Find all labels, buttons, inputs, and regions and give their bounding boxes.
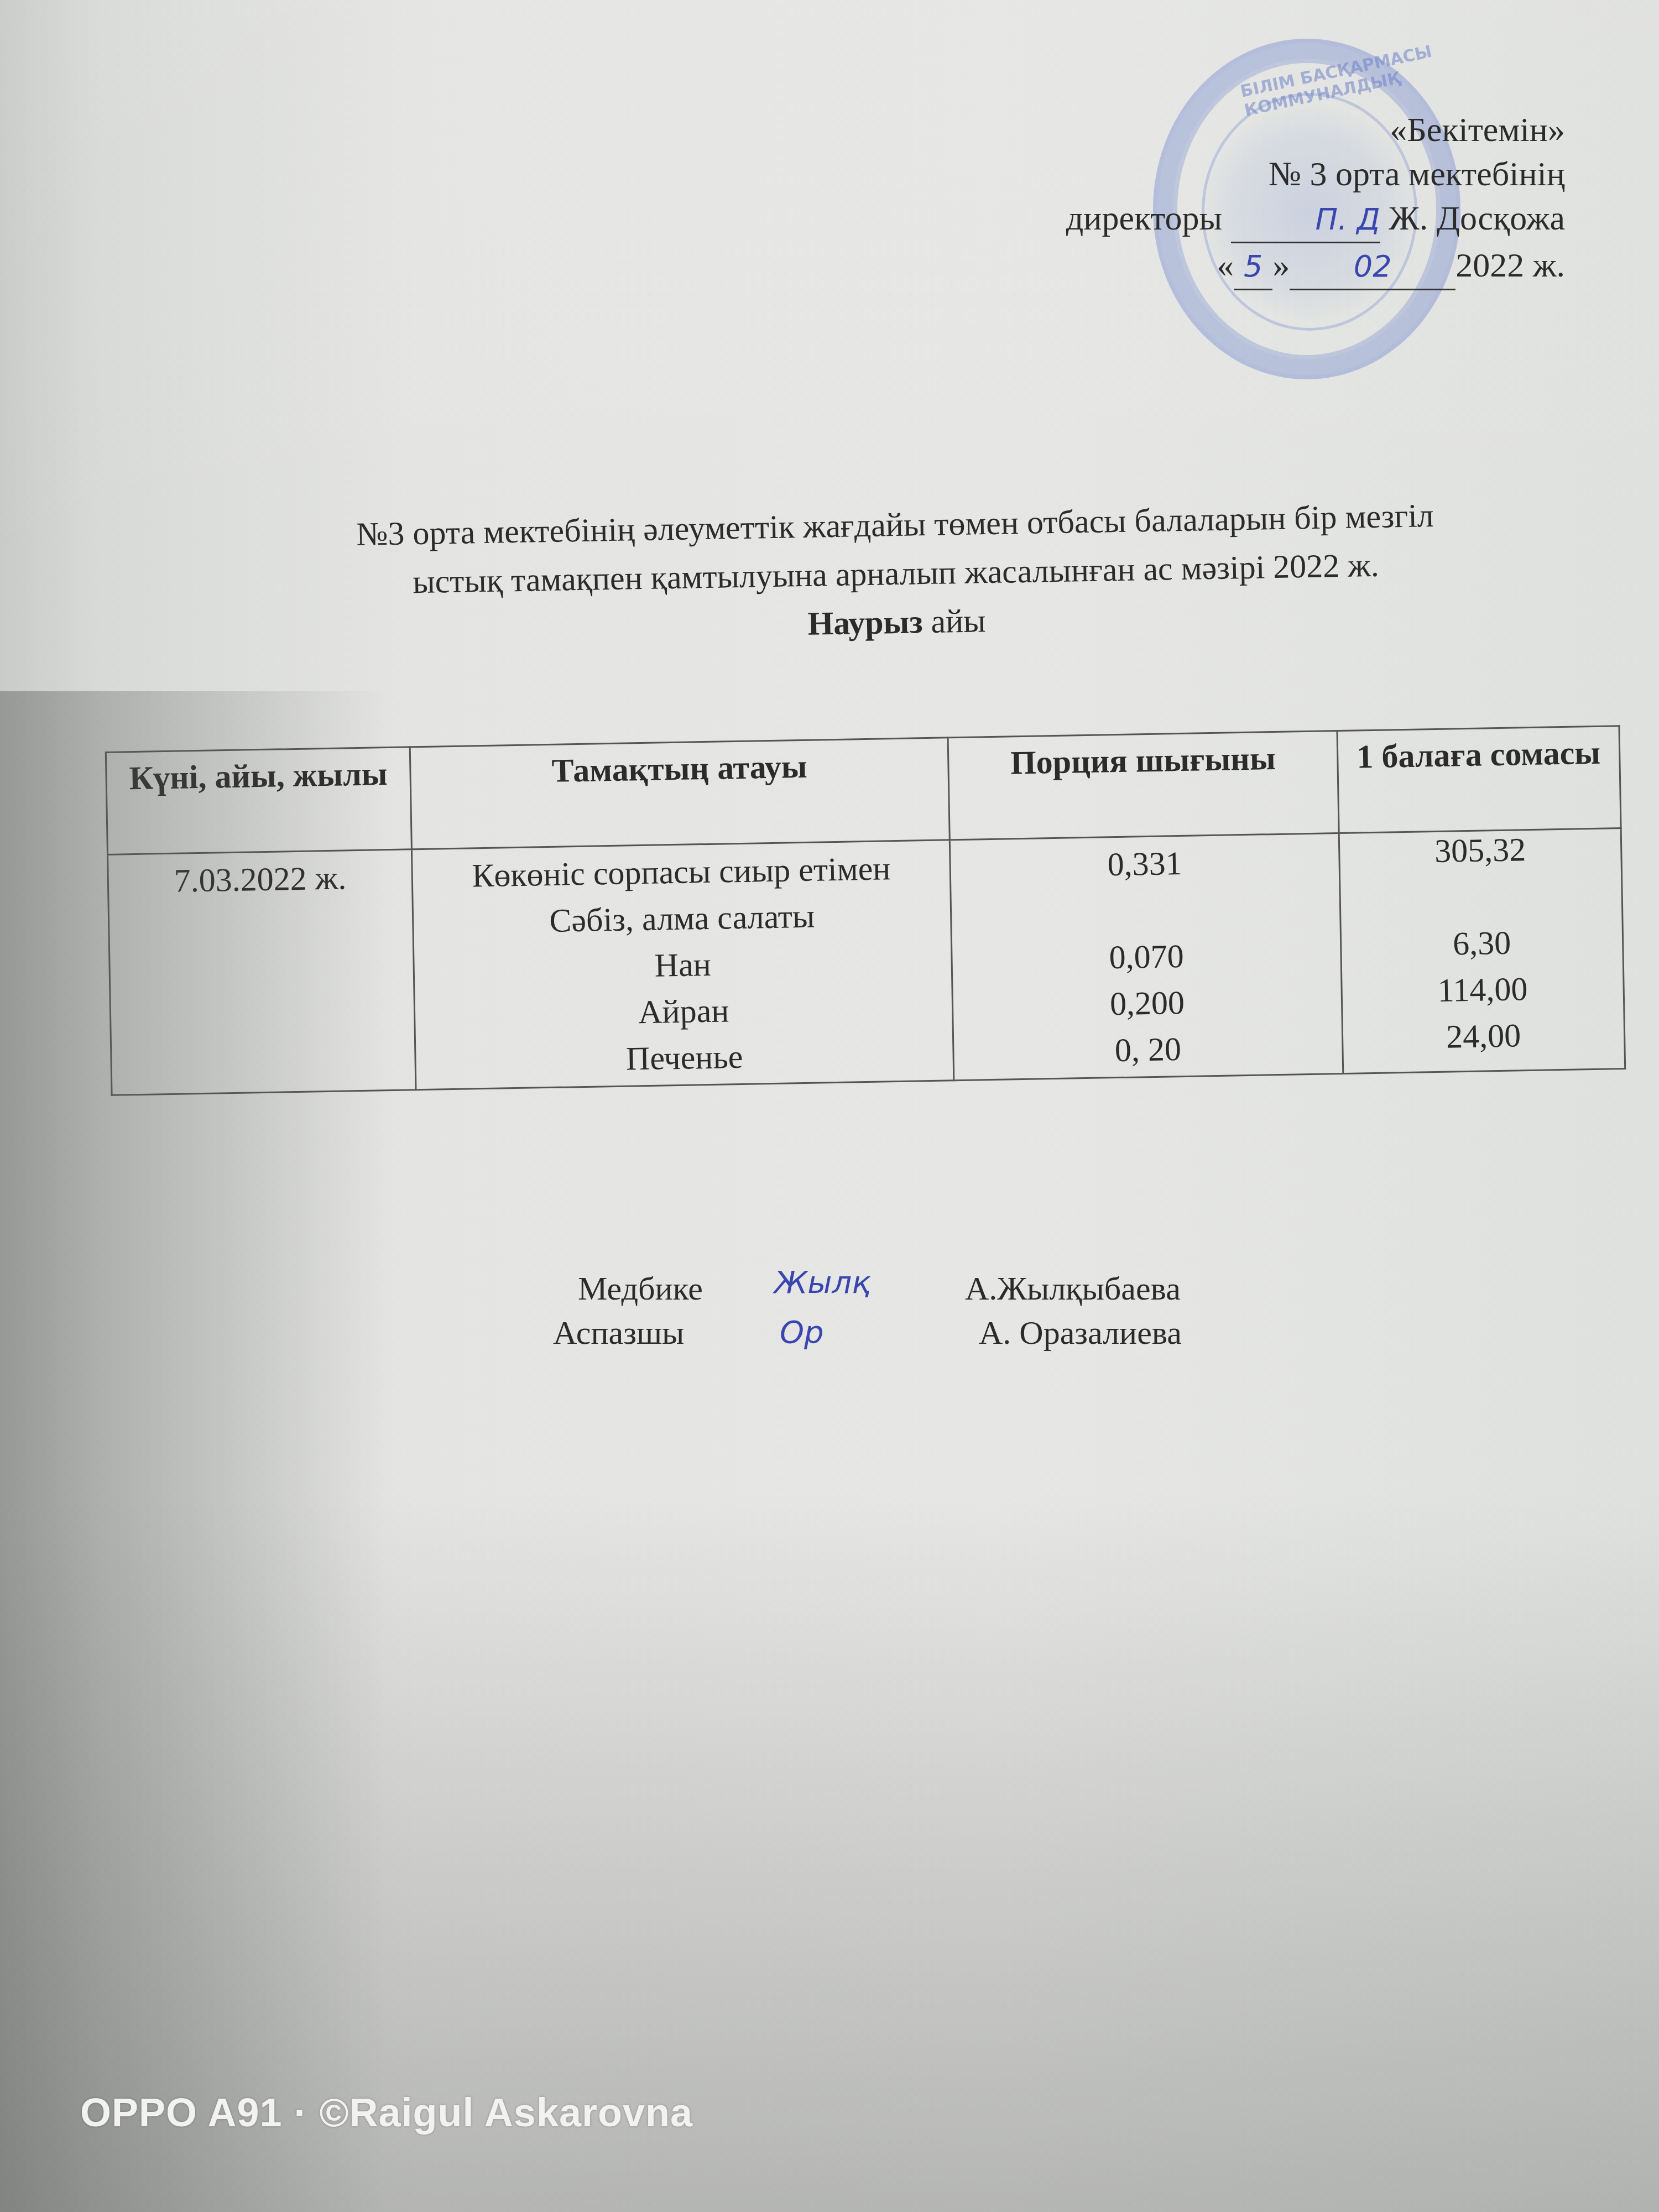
- sum-value: 6,30: [1347, 917, 1616, 968]
- document-title: №3 орта мектебінің әлеуметтік жағдайы тө…: [209, 488, 1583, 658]
- header-food: Тамақтың атауы: [410, 738, 950, 849]
- director-signature: П. Д: [1316, 202, 1380, 237]
- sum-value: [1346, 871, 1616, 922]
- month-suffix: айы: [922, 602, 986, 640]
- date-day: 5: [1244, 249, 1262, 284]
- date-year: 2022 ж.: [1455, 247, 1565, 284]
- portion-value: 0, 20: [959, 1023, 1337, 1076]
- header-sum: 1 балаға сомасы: [1337, 726, 1621, 833]
- month-name: Наурыз: [807, 603, 923, 642]
- header-date: Күні, айы, жылы: [106, 747, 411, 855]
- date-month-line: 02: [1290, 243, 1455, 290]
- camera-watermark: OPPO A91 · ©Raigul Askarovna: [80, 2090, 693, 2136]
- sum-value: 24,00: [1348, 1010, 1618, 1061]
- approval-date: «5»022022 ж.: [1066, 243, 1565, 290]
- portion-value: 0,070: [958, 930, 1335, 983]
- approval-block: «Бекітемін» № 3 орта мектебінің директор…: [1066, 108, 1565, 290]
- approval-heading: «Бекітемін»: [1066, 108, 1565, 152]
- signer-name: А. Оразалиева: [979, 1311, 1182, 1355]
- director-signature-line: П. Д: [1231, 196, 1380, 243]
- director-label: директоры: [1066, 200, 1222, 237]
- approval-director: директоры П. Д Ж. Досқожа: [1066, 196, 1565, 243]
- food-item: Көкөніс сорпасы сиыр етімен: [418, 844, 944, 900]
- signer-role: Медбике: [578, 1266, 703, 1311]
- approval-school: № 3 орта мектебінің: [1066, 152, 1565, 196]
- sum-value: 305,32: [1345, 825, 1615, 875]
- signer-name: А.Жылқыбаева: [965, 1266, 1181, 1311]
- header-portion: Порция шығыны: [948, 731, 1339, 840]
- food-item: Печенье: [421, 1030, 947, 1086]
- director-name: Ж. Досқожа: [1389, 200, 1565, 237]
- portion-value: [957, 884, 1334, 937]
- menu-table: Күні, айы, жылы Тамақтың атауы Порция шы…: [105, 725, 1626, 1096]
- portion-value: 0,331: [956, 837, 1333, 890]
- cell-sums: 305,32 6,30 114,00 24,00: [1339, 828, 1625, 1074]
- portion-value: 0,200: [958, 977, 1335, 1030]
- signature-mark: Жылқ: [774, 1261, 870, 1305]
- table-row: 7.03.2022 ж. Көкөніс сорпасы сиыр етімен…: [108, 828, 1625, 1095]
- cell-portions: 0,331 0,070 0,200 0, 20: [950, 833, 1343, 1081]
- signature-mark: Ор: [780, 1311, 824, 1355]
- date-month: 02: [1354, 249, 1392, 284]
- date-day-line: 5: [1234, 243, 1272, 290]
- sum-value: 114,00: [1348, 964, 1618, 1015]
- cell-foods: Көкөніс сорпасы сиыр етімен Сәбіз, алма …: [412, 840, 954, 1090]
- signer-role: Аспазшы: [553, 1311, 684, 1355]
- cell-date: 7.03.2022 ж.: [108, 849, 416, 1095]
